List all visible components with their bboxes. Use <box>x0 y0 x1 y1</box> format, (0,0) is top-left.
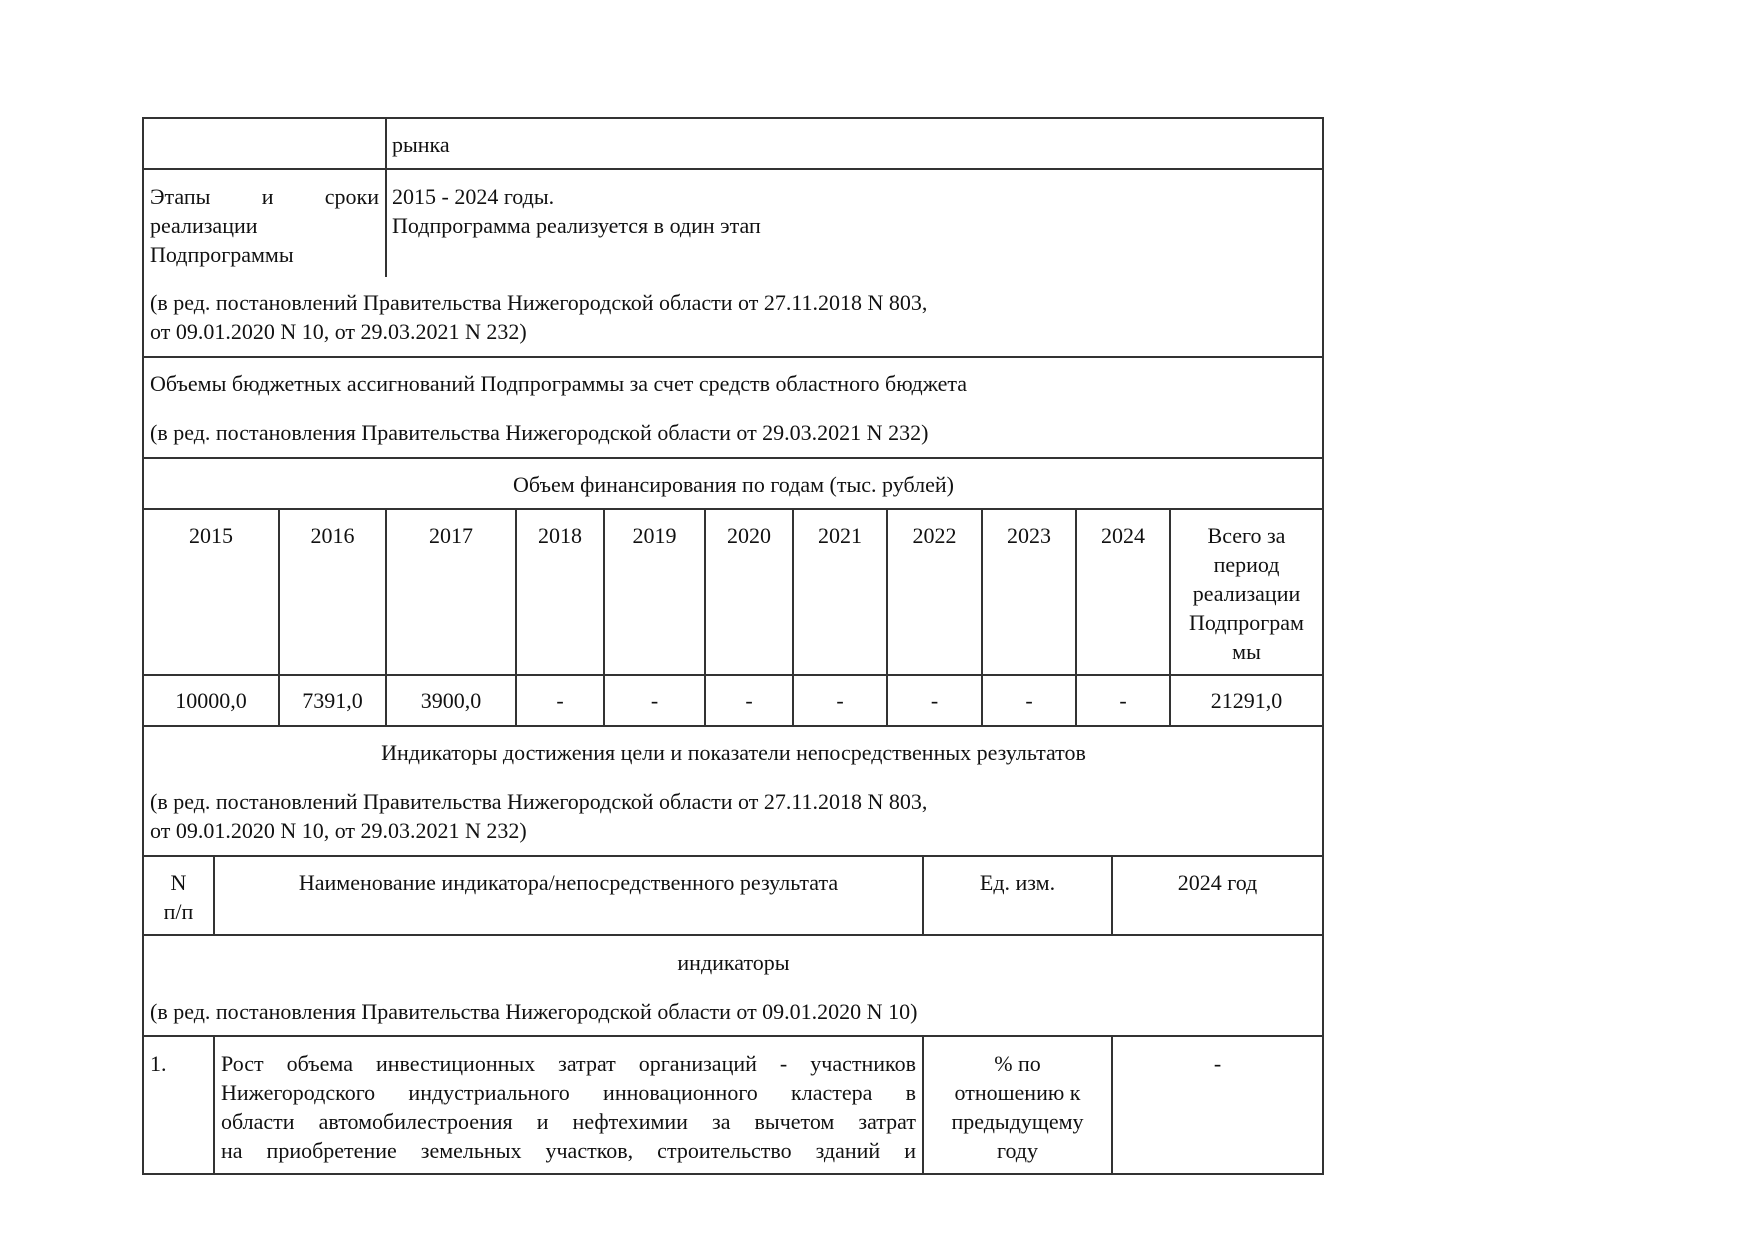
year-header: 2019 <box>604 521 705 550</box>
year-header: 2015 <box>143 521 279 550</box>
stages-label-line: Подпрограммы <box>150 240 294 269</box>
indicators-amendment-note: от 09.01.2020 N 10, от 29.03.2021 N 232) <box>150 816 527 845</box>
year-value: - <box>982 686 1076 715</box>
indicator-col-divider <box>213 1035 215 1175</box>
indicator-row-name-line: на приобретение земельных участков, стро… <box>221 1136 916 1165</box>
indicator-row-name-line: Нижегородского индустриального инновацио… <box>221 1078 916 1107</box>
total-header-line: мы <box>1170 637 1323 666</box>
year-value: - <box>1076 686 1170 715</box>
stages-amendment-note: (в ред. постановлений Правительства Ниже… <box>150 288 927 317</box>
indicators-section-amendment: (в ред. постановления Правительства Ниже… <box>150 997 917 1026</box>
year-header: 2023 <box>982 521 1076 550</box>
financing-title: Объем финансирования по годам (тыс. рубл… <box>143 470 1324 499</box>
indicators-title: Индикаторы достижения цели и показатели … <box>143 738 1324 767</box>
indicator-row-name-line: области автомобилестроения и нефтехимии … <box>221 1107 916 1136</box>
budget-title: Объемы бюджетных ассигнований Подпрограм… <box>150 369 967 398</box>
indicator-row-value: - <box>1112 1049 1323 1078</box>
stages-value-line: Подпрограмма реализуется в один этап <box>392 211 761 240</box>
year-value: - <box>604 686 705 715</box>
continued-cell-text: рынка <box>392 130 450 159</box>
year-value: 7391,0 <box>279 686 386 715</box>
indicator-row-unit-line: отношению к <box>923 1078 1112 1107</box>
row-divider <box>143 457 1324 459</box>
document-page: рынка Этапы и сроки реализации Подпрогра… <box>0 0 1754 1240</box>
total-header-line: период <box>1170 550 1323 579</box>
indicator-row-unit-line: % по <box>923 1049 1112 1078</box>
column-header-unit: Ед. изм. <box>923 868 1112 897</box>
indicator-row-name-line: Рост объема инвестиционных затрат органи… <box>221 1049 916 1078</box>
year-header: 2020 <box>705 521 793 550</box>
stages-label-line: реализации <box>150 211 258 240</box>
row-divider <box>143 168 1324 170</box>
year-header: 2018 <box>516 521 604 550</box>
indicators-amendment-note: (в ред. постановлений Правительства Ниже… <box>150 787 927 816</box>
year-value: 3900,0 <box>386 686 516 715</box>
row-divider <box>143 855 1324 857</box>
table-border-left <box>142 117 144 1175</box>
column-header-num: N <box>143 868 214 897</box>
table-border-bottom <box>143 1173 1324 1175</box>
stages-label-line: Этапы и сроки <box>150 182 379 211</box>
row-divider <box>143 508 1324 510</box>
total-header-line: реализации <box>1170 579 1323 608</box>
year-header: 2021 <box>793 521 887 550</box>
row-divider <box>143 1035 1324 1037</box>
indicators-section-title: индикаторы <box>143 948 1324 977</box>
year-header: 2017 <box>386 521 516 550</box>
indicator-row-unit-line: предыдущему <box>923 1107 1112 1136</box>
budget-amendment-note: (в ред. постановления Правительства Ниже… <box>150 418 928 447</box>
stages-value-line: 2015 - 2024 годы. <box>392 182 554 211</box>
year-value: - <box>793 686 887 715</box>
column-header-name: Наименование индикатора/непосредственног… <box>214 868 923 897</box>
row-divider <box>143 674 1324 676</box>
year-value: - <box>887 686 982 715</box>
indicator-row-num: 1. <box>150 1049 167 1078</box>
year-header: 2024 <box>1076 521 1170 550</box>
year-value: - <box>705 686 793 715</box>
total-header-line: Подпрограм <box>1170 608 1323 637</box>
total-header-line: Всего за <box>1170 521 1323 550</box>
row-divider <box>143 934 1324 936</box>
indicator-row-unit-line: году <box>923 1136 1112 1165</box>
row-divider <box>143 725 1324 727</box>
table-border-top <box>143 117 1324 119</box>
year-value: 10000,0 <box>143 686 279 715</box>
stages-amendment-note: от 09.01.2020 N 10, от 29.03.2021 N 232) <box>150 317 527 346</box>
year-header: 2022 <box>887 521 982 550</box>
year-header: 2016 <box>279 521 386 550</box>
column-header-year: 2024 год <box>1112 868 1323 897</box>
label-column-divider <box>385 117 387 277</box>
column-header-num: п/п <box>143 897 214 926</box>
row-divider <box>143 356 1324 358</box>
year-value: - <box>516 686 604 715</box>
total-value: 21291,0 <box>1170 686 1323 715</box>
